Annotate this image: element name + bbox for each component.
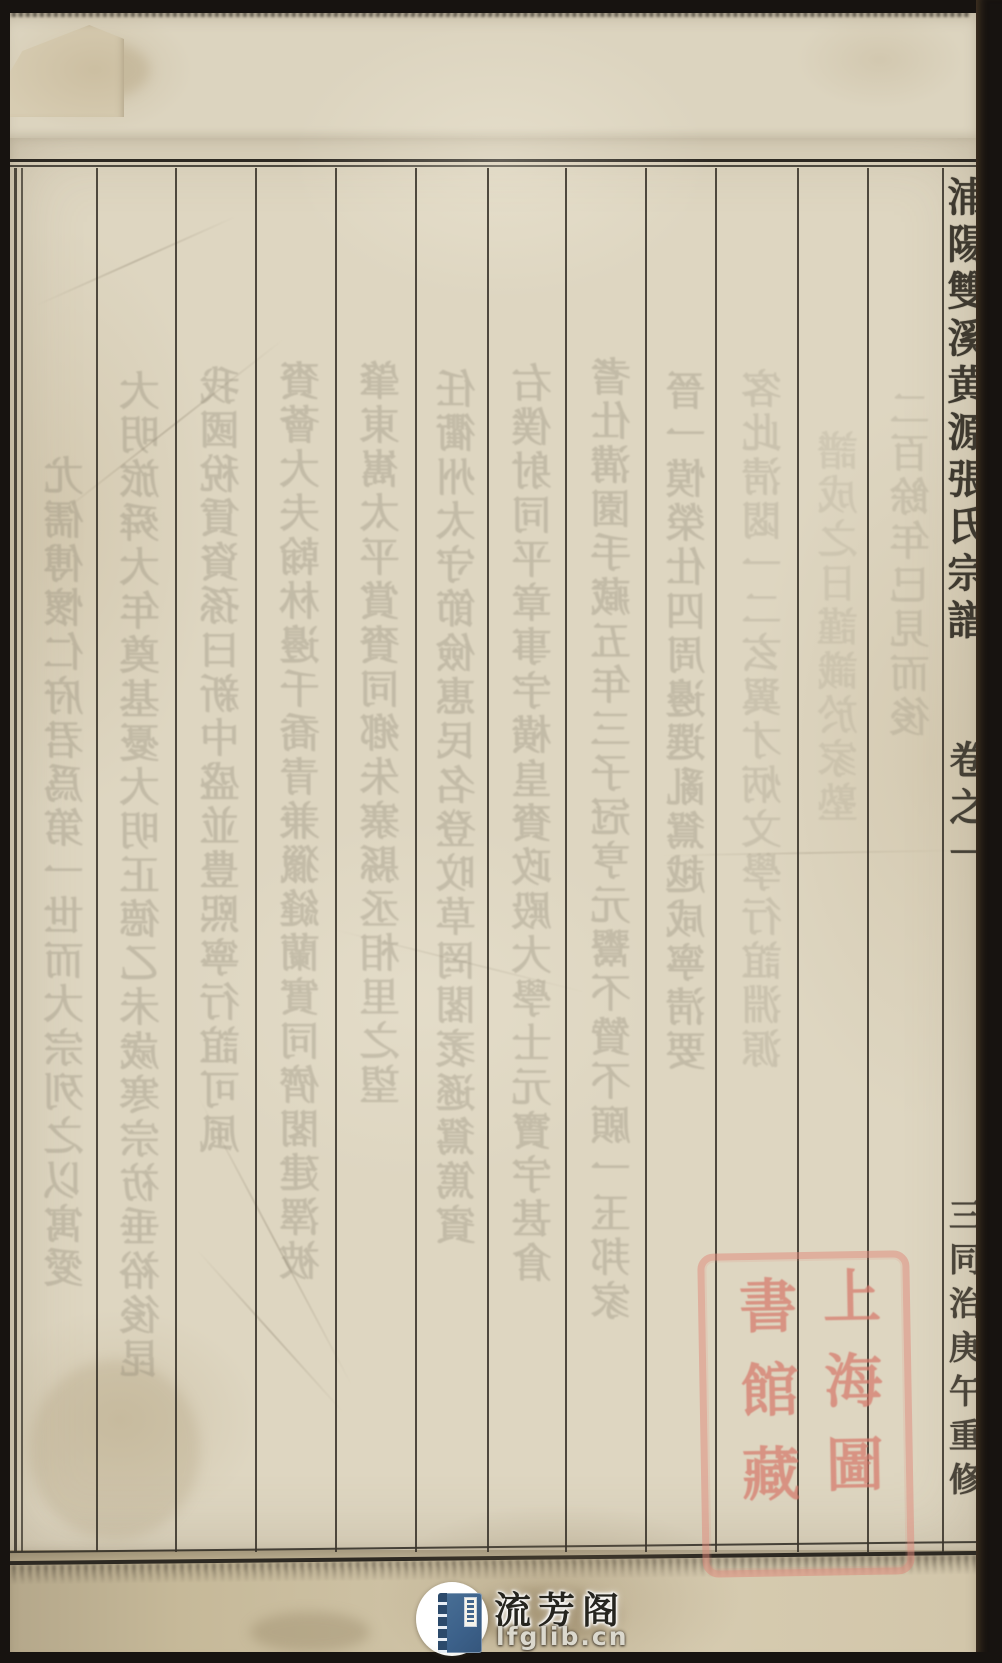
column-rule [96, 168, 98, 1552]
top-margin-paper [4, 12, 978, 138]
logo-circle [416, 1582, 488, 1656]
seal-text-left-column: 書館藏 [721, 1275, 809, 1528]
bleedthrough-column: 尤儒傅懷仁府君爲第一世而大宗列之以寓愛 [38, 455, 95, 1291]
column-rule [645, 168, 647, 1552]
column-rule [175, 168, 177, 1552]
bleedthrough-column: 二百餘年巳見而後 [884, 388, 941, 740]
book-icon [438, 1593, 482, 1653]
site-url: lfglib.cn [496, 1622, 629, 1651]
left-border-rule [14, 168, 17, 1552]
bleedthrough-column: 我國稅賃資孫曰新中盛並豊熙寧行誼可風 [194, 365, 251, 1157]
bleedthrough-column: 賚薈大夫翰林邊千喬青兼獵縫蘭實同儕閣建澤被 [274, 360, 331, 1284]
seal-text-right-column: 上海圖 [804, 1266, 892, 1519]
bleedthrough-column: 任衢州太守節儉惠民名登旼草罔閣袤遜鴛篤賓 [430, 368, 487, 1248]
column-rule [255, 168, 257, 1552]
scan-edge-left [0, 0, 10, 1663]
book-title-label [464, 1597, 477, 1627]
book-spine-stitching [438, 1593, 447, 1653]
library-collection-seal: 上海圖 書館藏 [697, 1250, 915, 1578]
bleedthrough-column: 大明旅舜大年奠基憂大明正德乙未歲寒宗祊垂裕後昆 [114, 370, 171, 1382]
top-border-rule-inner [10, 165, 978, 167]
scan-edge-right [976, 0, 1002, 1663]
column-rule [335, 168, 337, 1552]
column-rule [565, 168, 567, 1552]
bleedthrough-column: 譜成之日謹識於家塾 [812, 430, 869, 826]
genealogy-page-scan: 尤儒傅懷仁府君爲第一世而大宗列之以寓愛 大明旅舜大年奠基憂大明正德乙未歲寒宗祊垂… [0, 0, 1002, 1663]
bleedthrough-column: 客此淸閟一二玄翼才炳文學行誼淵源 [736, 368, 793, 1072]
top-border-rule [10, 159, 978, 162]
bleedthrough-column: 肇東嶲太平賞賚同鄕朱寨縣丞相里之望 [354, 360, 411, 1108]
column-rule [415, 168, 417, 1552]
bleedthrough-column: 耆仕溝園手藏五年三子冠亨元鬻不贊不願一玉邦家 [585, 356, 642, 1324]
bleedthrough-column: 右僕射同平章事宇橫皇賚政殿大學士元寶宇甚倉 [506, 362, 563, 1286]
left-border-rule-inner [21, 168, 23, 1552]
bleedthrough-column: 晉一慔榮仕四周邊選亂鴛越咸寧淸要 [660, 370, 717, 1074]
scan-edge-top [0, 0, 1002, 13]
site-watermark: 流芳阁 lfglib.cn [408, 1578, 638, 1660]
column-rule [487, 168, 489, 1552]
